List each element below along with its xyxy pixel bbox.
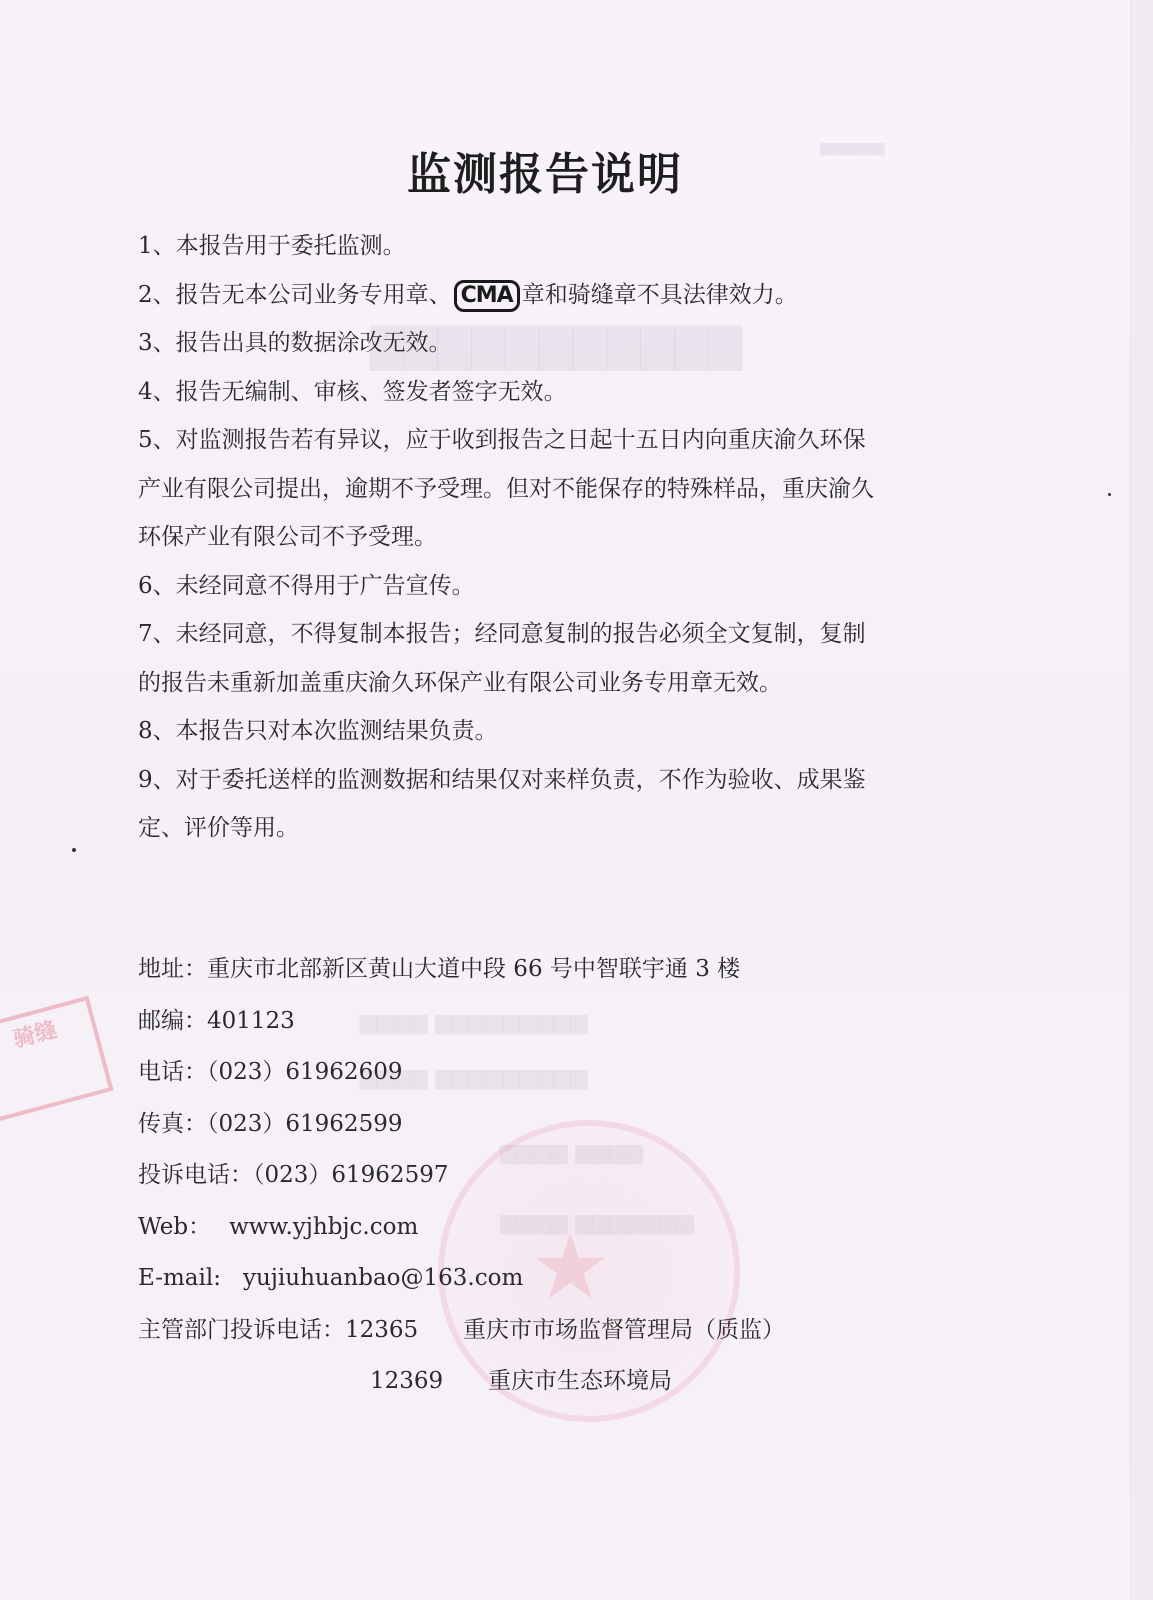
clause-number: 6、 <box>138 573 176 599</box>
complaint-phone-value: （023）61962597 <box>253 1162 448 1188</box>
fax-row: 传真：（023）61962599 <box>138 1099 968 1151</box>
authority-name: 重庆市市场监督管理局（质监） <box>463 1317 785 1343</box>
clause-number: 3、 <box>138 330 176 356</box>
clause-text: 未经同意不得用于广告宣传。 <box>176 573 475 599</box>
phone-label: 电话： <box>138 1059 207 1085</box>
clause-number: 7、 <box>138 621 176 647</box>
clause-text: 环保产业有限公司不予受理。 <box>138 524 437 550</box>
clause-number: 1、 <box>138 233 176 259</box>
web-label: Web： <box>138 1214 211 1240</box>
clause-number: 9、 <box>138 767 176 793</box>
contact-info: 地址：重庆市北部新区黄山大道中段 66 号中智联宇通 3 楼 邮编：401123… <box>138 944 968 1408</box>
clause-1: 1、本报告用于委托监测。 <box>138 222 968 271</box>
clause-text: 未经同意，不得复制本报告；经同意复制的报告必须全文复制，复制 <box>176 621 866 647</box>
clause-4: 4、报告无编制、审核、签发者签字无效。 <box>138 368 968 417</box>
clause-7: 7、未经同意，不得复制本报告；经同意复制的报告必须全文复制，复制的报告未重新加盖… <box>138 610 968 707</box>
authority-number: 12365 <box>345 1305 463 1357</box>
authority-row-1: 主管部门投诉电话：12365重庆市市场监督管理局（质监） <box>138 1305 968 1357</box>
clause-text: 报告无编制、审核、签发者签字无效。 <box>176 379 567 405</box>
clause-6: 6、未经同意不得用于广告宣传。 <box>138 562 968 611</box>
clause-2: 2、报告无本公司业务专用章、CMA章和骑缝章不具法律效力。 <box>138 271 968 320</box>
cma-mark-icon: CMA <box>454 280 520 312</box>
authority-number: 12369 <box>370 1356 488 1408</box>
web-link[interactable]: www.yjhbjc.com <box>229 1214 418 1240</box>
complaint-phone-label: 投诉电话： <box>138 1162 253 1188</box>
seam-stamp: 骑缝 <box>0 996 114 1122</box>
email-row: E-mail:yujiuhuanbao@163.com <box>138 1253 968 1305</box>
clause-text: 定、评价等用。 <box>138 815 299 841</box>
clause-text: 对于委托送样的监测数据和结果仅对来样负责，不作为验收、成果鉴 <box>176 767 866 793</box>
page-title: 监测报告说明 <box>0 138 1090 202</box>
postcode-value: 401123 <box>207 1008 295 1034</box>
authority-row-2: 12369重庆市生态环境局 <box>138 1356 968 1408</box>
clause-9: 9、对于委托送样的监测数据和结果仅对来样负责，不作为验收、成果鉴定、评价等用。 <box>138 756 968 853</box>
paper-edge <box>1130 0 1153 1600</box>
seam-stamp-text: 骑缝 <box>10 1017 59 1054</box>
clause-number: 4、 <box>138 379 176 405</box>
clause-5: 5、对监测报告若有异议，应于收到报告之日起十五日内向重庆渝久环保产业有限公司提出… <box>138 416 968 562</box>
clause-text: 报告出具的数据涂改无效。 <box>176 330 452 356</box>
clause-text: 产业有限公司提出，逾期不予受理。但对不能保存的特殊样品，重庆渝久 <box>138 476 874 502</box>
clause-number: 5、 <box>138 427 176 453</box>
clause-text: 本报告只对本次监测结果负责。 <box>176 718 498 744</box>
clause-text: 报告无本公司业务专用章、 <box>176 282 452 308</box>
address-value: 重庆市北部新区黄山大道中段 66 号中智联宇通 3 楼 <box>207 956 740 982</box>
address-row: 地址：重庆市北部新区黄山大道中段 66 号中智联宇通 3 楼 <box>138 944 968 996</box>
fax-label: 传真： <box>138 1111 207 1137</box>
email-label: E-mail: <box>138 1265 221 1291</box>
postcode-label: 邮编： <box>138 1008 207 1034</box>
clause-list: 1、本报告用于委托监测。 2、报告无本公司业务专用章、CMA章和骑缝章不具法律效… <box>138 222 968 853</box>
clause-text: 的报告未重新加盖重庆渝久环保产业有限公司业务专用章无效。 <box>138 670 782 696</box>
phone-value: （023）61962609 <box>207 1059 402 1085</box>
clause-8: 8、本报告只对本次监测结果负责。 <box>138 707 968 756</box>
document-page: ▆▆▆▆▆▆ ▇▇▇▇▇▇▇▇▇▇▇ ▆▆▆▆ ▆▆▆▆▆▆▆▆▆ ▆▆▆▆ ▆… <box>0 0 1153 1600</box>
authority-name: 重庆市生态环境局 <box>488 1368 672 1394</box>
complaint-phone-row: 投诉电话：（023）61962597 <box>138 1150 968 1202</box>
paper-speck <box>72 848 76 852</box>
phone-row: 电话：（023）61962609 <box>138 1047 968 1099</box>
clause-text: 章和骑缝章不具法律效力。 <box>522 282 798 308</box>
fax-value: （023）61962599 <box>207 1111 402 1137</box>
clause-text: 对监测报告若有异议，应于收到报告之日起十五日内向重庆渝久环保 <box>176 427 866 453</box>
clause-number: 2、 <box>138 282 176 308</box>
authority-label: 主管部门投诉电话： <box>138 1317 345 1343</box>
paper-speck <box>1108 493 1111 496</box>
clause-text: 本报告用于委托监测。 <box>176 233 406 259</box>
web-row: Web：www.yjhbjc.com <box>138 1202 968 1254</box>
clause-3: 3、报告出具的数据涂改无效。 <box>138 319 968 368</box>
address-label: 地址： <box>138 956 207 982</box>
postcode-row: 邮编：401123 <box>138 996 968 1048</box>
clause-number: 8、 <box>138 718 176 744</box>
email-link[interactable]: yujiuhuanbao@163.com <box>243 1265 523 1291</box>
